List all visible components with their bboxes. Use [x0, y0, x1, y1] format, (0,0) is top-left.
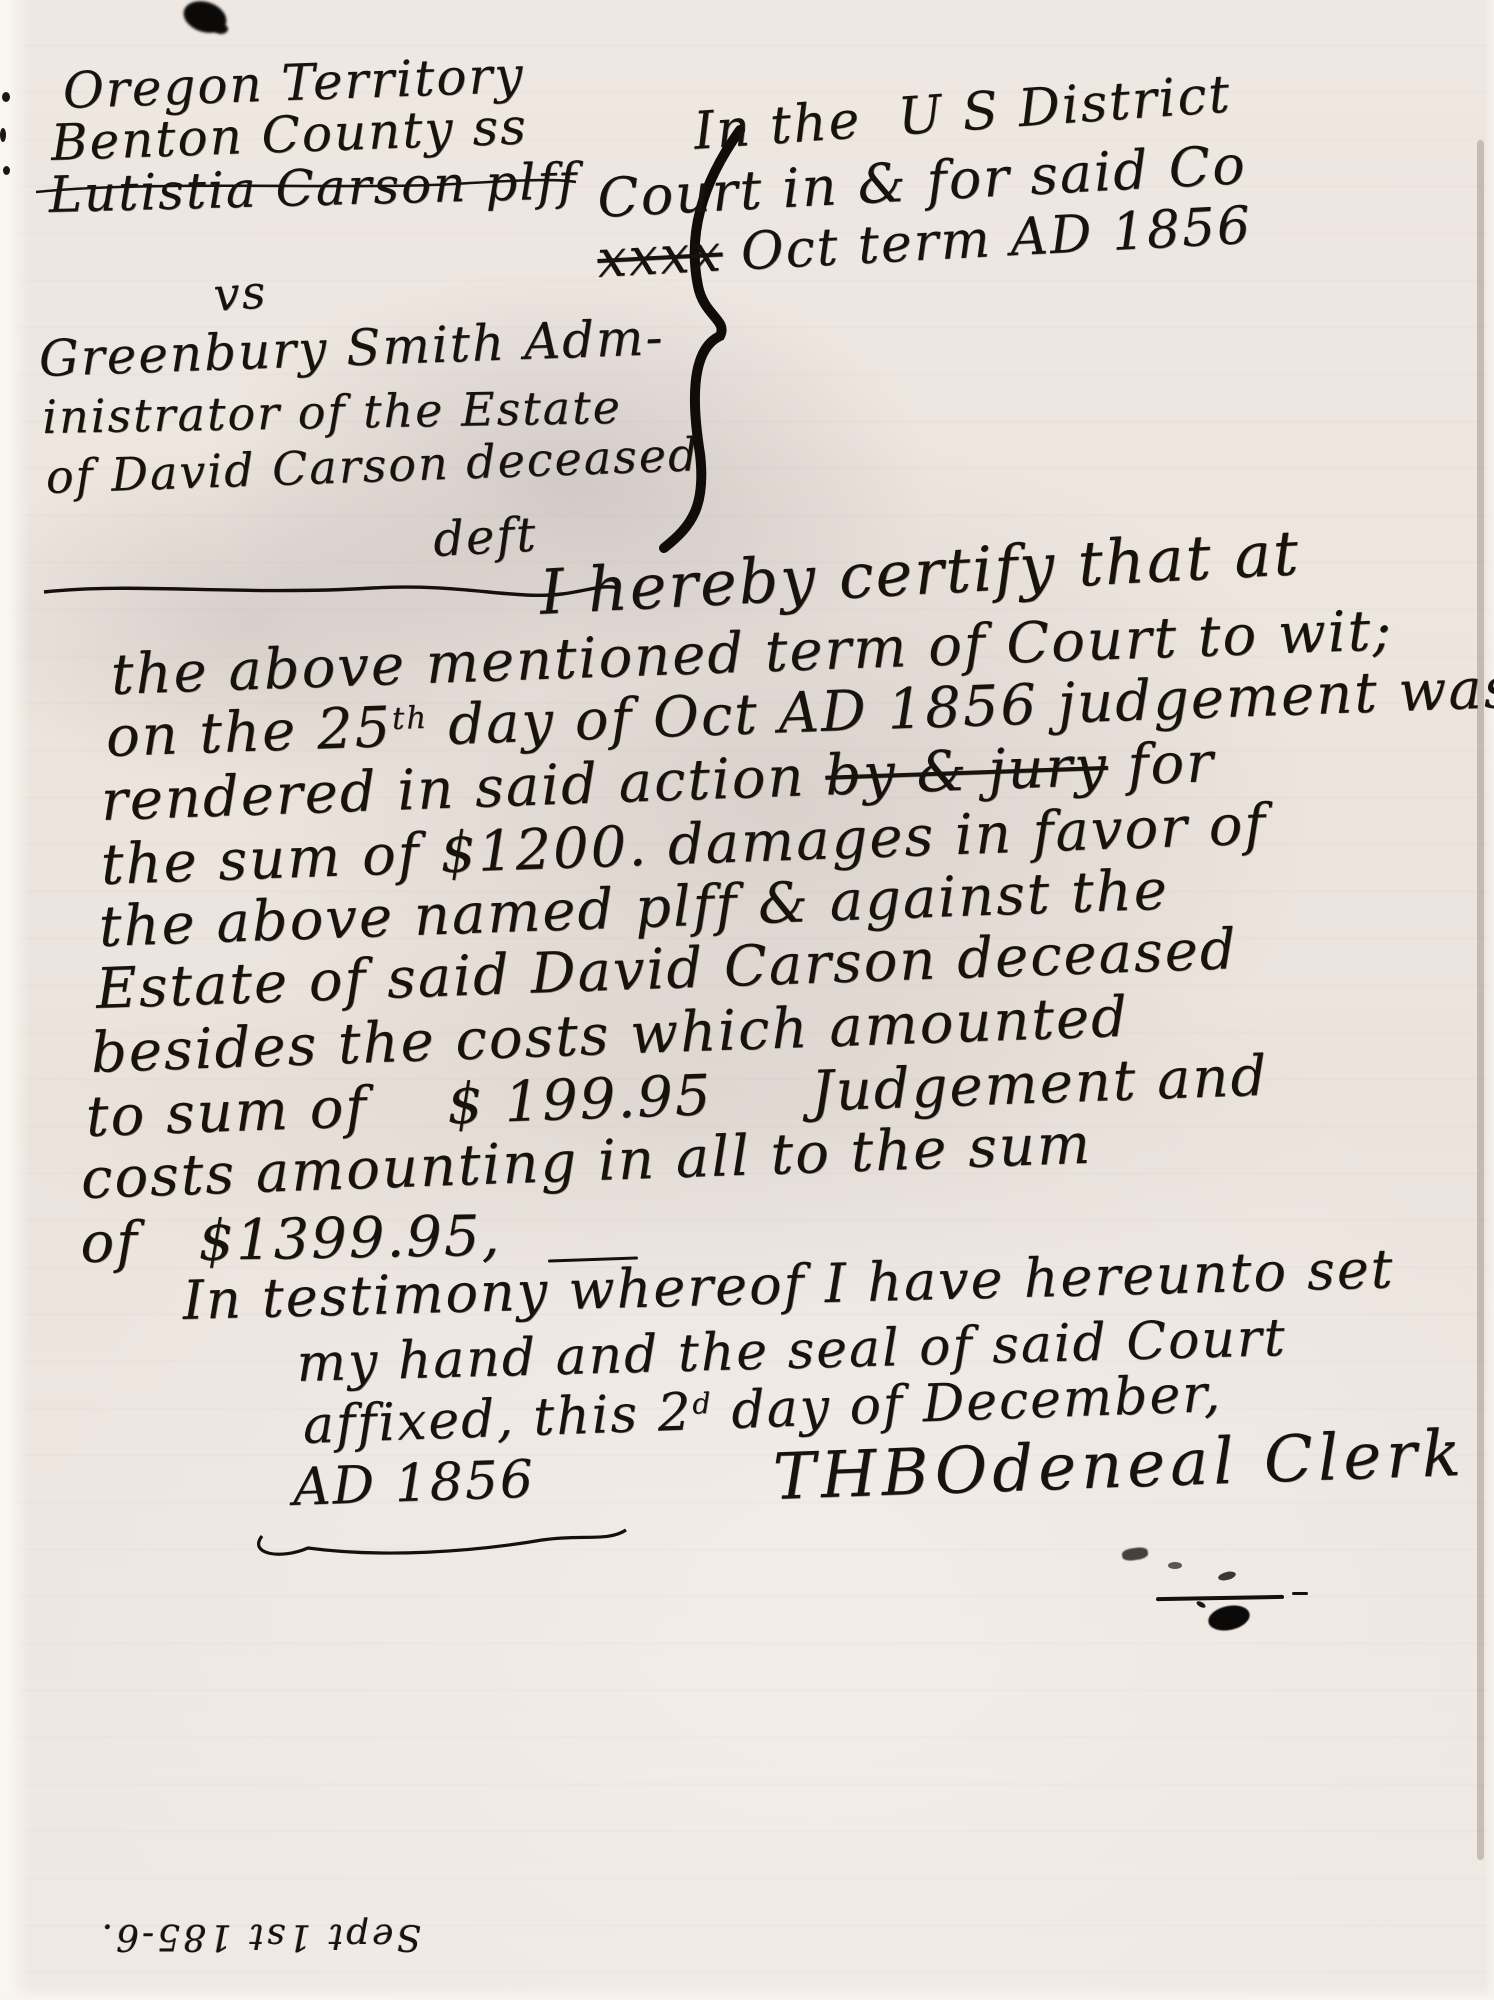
ink-speck-left-2 [0, 128, 6, 142]
caption-vs-text: vs [212, 264, 269, 322]
body-line-3-pre: on the 25 [105, 695, 393, 770]
ink-smudge-blot [1206, 1602, 1252, 1634]
ink-speck-left-3 [3, 166, 10, 175]
struck-word: xxxx [596, 223, 724, 289]
docket-note: Sept 1st 185-6. [95, 1918, 425, 1954]
caption-plaintiff-text: Lutistia Carson plff [48, 152, 579, 224]
testimonium-line-3-pre: affixed, this 2 [302, 1382, 694, 1456]
testimonium-line-4: AD 1856 [292, 1454, 536, 1514]
caption-defendant-2: inistrator of the Estate [42, 384, 622, 440]
caption-defendant-1: Greenbury Smith Adm- [38, 312, 665, 384]
ink-smudge-speckle-3 [1217, 1570, 1236, 1582]
caption-deft: deft [432, 511, 539, 564]
date-underline-flourish [252, 1516, 632, 1564]
testimonium-line-3-sup: d [692, 1386, 713, 1421]
ink-blob-top-speck [214, 24, 228, 34]
body-line-3-sup: th [391, 700, 428, 737]
paper-edge-bottom [0, 1986, 1494, 2000]
paper-edge-left [0, 0, 30, 2000]
caption-defendant-1-text: Greenbury Smith Adm- [38, 308, 665, 388]
body-line-4-struck: by & jury [824, 734, 1109, 809]
caption-deft-text: deft [432, 507, 539, 568]
ink-smudge-speckle-4 [1195, 1600, 1206, 1609]
paper-edge-right-light [1484, 0, 1494, 2000]
ink-speck-left-1 [2, 92, 10, 102]
ink-smudge-line [1156, 1595, 1284, 1601]
ink-smudge-speckle-2 [1168, 1562, 1182, 1569]
ink-smudge-dash [1292, 1592, 1308, 1595]
body-line-4-post: for [1107, 730, 1216, 799]
scanned-document-page: Oregon Territory Benton County ss Lutist… [0, 0, 1494, 2000]
caption-plaintiff: Lutistia Carson plff [48, 156, 579, 220]
docket-note-text: Sept 1st 185-6. [99, 1916, 421, 1957]
paper-edge-right [1477, 140, 1484, 1860]
caption-vs: vs [212, 268, 269, 318]
testimonium-line-4-text: AD 1856 [292, 1450, 536, 1518]
deft-underline-flourish [42, 578, 622, 604]
ink-smudge-speckle-1 [1121, 1546, 1148, 1562]
